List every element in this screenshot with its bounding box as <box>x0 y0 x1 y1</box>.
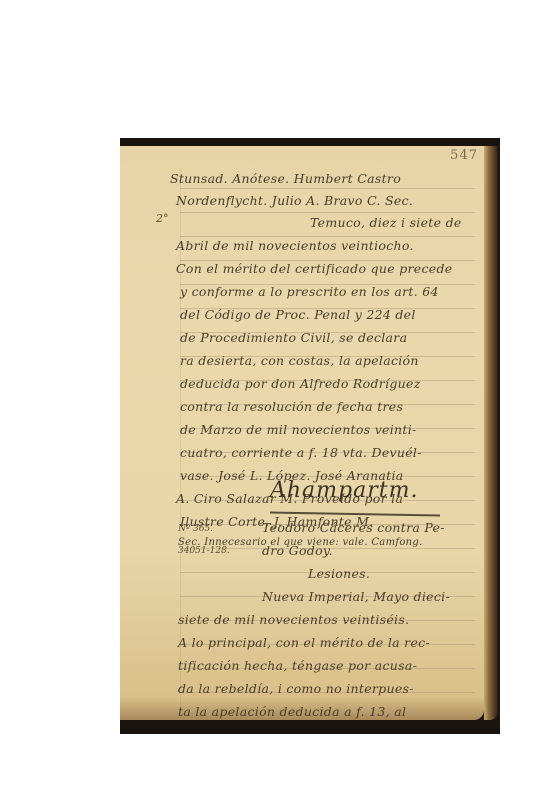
case-title: dro Godoy. <box>262 543 333 558</box>
case-number: Nº 365. <box>178 524 213 534</box>
text-line: y conforme a lo prescrito en los art. 64 <box>180 284 439 299</box>
text-line: de Procedimiento Civil, se declara <box>180 330 407 345</box>
ruled-line <box>180 188 475 189</box>
text-line: Nueva Imperial, Mayo dieci- <box>262 589 450 604</box>
text-line: deducida por don Alfredo Rodríguez <box>180 376 421 391</box>
text-line: de Marzo de mil novecientos veinti- <box>180 422 417 437</box>
text-line: Temuco, diez i siete de <box>310 215 462 230</box>
text-line: Con el mérito del certificado que preced… <box>176 261 452 276</box>
text-line: tificación hecha, téngase por acusa- <box>178 658 417 673</box>
scanned-book-page: 547 2° Stunsad <box>120 138 500 734</box>
text-line: Stunsad. Anótese. Humbert Castro <box>170 171 401 186</box>
text-line: cuatro, corriente a f. 18 vta. Devuél- <box>180 445 422 460</box>
text-line: A lo principal, con el mérito de la rec- <box>178 635 430 650</box>
text-line: ta la apelación deducida a f. 13, al <box>178 704 406 719</box>
ledger-page: 547 2° Stunsad <box>120 146 484 720</box>
ruled-line <box>180 212 475 213</box>
text-line: ra desierta, con costas, la apelación <box>180 353 419 368</box>
text-line: del Código de Proc. Penal y 224 del <box>180 307 416 322</box>
entry-number: 2° <box>156 212 169 225</box>
page-number: 547 <box>450 148 478 163</box>
text-line: contra la resolución de fecha tres <box>180 399 403 414</box>
text-line: Abril de mil novecientos veintiocho. <box>176 238 414 253</box>
case-title: Teodoro Cáceres contra Pe- <box>262 520 445 535</box>
text-line: siete de mil novecientos veintiséis. <box>178 612 409 627</box>
signature: Ahampartm. <box>270 478 418 503</box>
text-line: da la rebeldía, i como no interpues- <box>178 681 414 696</box>
text-line: Nordenflycht. Julio A. Bravo C. Sec. <box>176 193 413 208</box>
case-reference: 34051-128. <box>178 546 230 556</box>
ruled-line <box>180 236 475 237</box>
case-subject: Lesiones. <box>308 566 370 581</box>
